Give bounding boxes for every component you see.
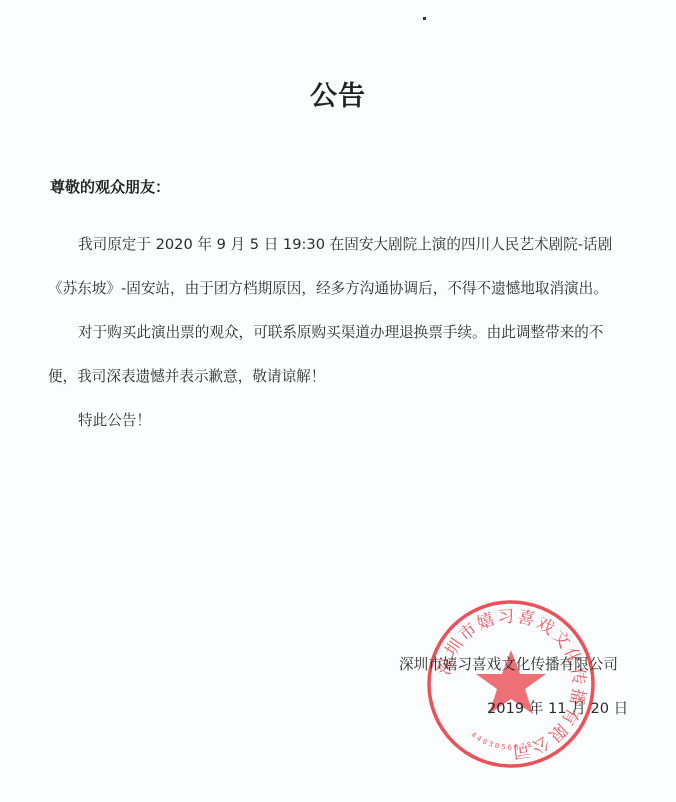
paragraph-line: 《苏东坡》-固安站，由于团方档期原因，经多方沟通协调后，不得不遗憾地取消演出。 [48, 267, 628, 311]
paragraph-cancellation: 我司原定于 2020 年 9 月 5 日 19:30 在固安大剧院上演的四川人民… [48, 223, 628, 311]
paragraph-line: 便，我司深表遗憾并表示歉意，敬请谅解！ [48, 355, 628, 399]
svg-text:4403056678: 4403056678 [469, 731, 534, 752]
company-seal-icon: 深圳市嬉习喜戏文化传播有限公司 4403056678 [425, 598, 597, 770]
salutation: 尊敬的观众朋友： [50, 176, 170, 197]
paragraph-refund: 对于购买此演出票的观众，可联系原购买渠道办理退换票手续。由此调整带来的不 便，我… [48, 311, 628, 399]
paragraph-line: 对于购买此演出票的观众，可联系原购买渠道办理退换票手续。由此调整带来的不 [48, 311, 628, 355]
announcement-date: 2019 年 11 月 20 日 [487, 697, 628, 718]
announcement-page: 公告 尊敬的观众朋友： 我司原定于 2020 年 9 月 5 日 19:30 在… [0, 0, 676, 802]
svg-text:深圳市嬉习喜戏文化传播有限公司: 深圳市嬉习喜戏文化传播有限公司 [434, 607, 588, 762]
company-signature: 深圳市嬉习喜戏文化传播有限公司 [399, 653, 618, 674]
paragraph-line: 特此公告！ [48, 399, 628, 443]
page-title: 公告 [0, 74, 676, 113]
paragraph-closing: 特此公告！ [48, 399, 628, 443]
scan-speck [423, 17, 426, 20]
paragraph-line: 我司原定于 2020 年 9 月 5 日 19:30 在固安大剧院上演的四川人民… [48, 223, 628, 267]
